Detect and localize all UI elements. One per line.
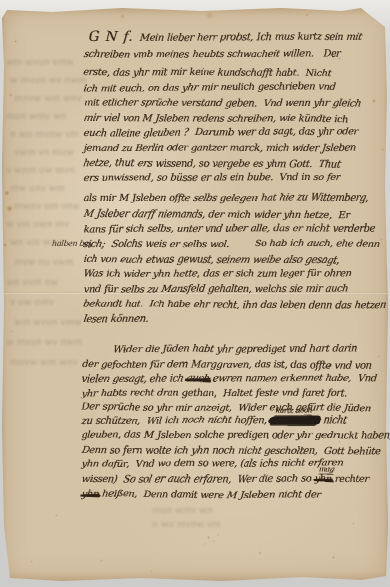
line-text: mir viel von M Jsleben redens schreiben,…	[83, 113, 349, 125]
line-text: Der sprüche so yhr mir anzeigt, Wider eu…	[81, 402, 371, 414]
line-text: zu schützen, Wil ich noch nicht hoffen,	[81, 415, 271, 427]
manuscript-line: jemand zu Berlin oder gantzer marck, mic…	[83, 143, 356, 154]
manuscript-line: hetze, thut ers wissend, so vergebe es y…	[83, 158, 341, 170]
line-text: als mir M Jsleben offte selbs gelegen ha…	[83, 193, 369, 204]
manuscript-line: Wider die Jüden habt yhr geprediget vnd …	[113, 344, 357, 355]
line-text: G N f.	[88, 29, 134, 45]
line-text: yhn dafür, Vnd wo dem so were, (als ichs…	[81, 458, 343, 470]
manuscript-line: G N f. Mein lieber herr probst, Ich mus …	[88, 28, 363, 45]
struck-word: yhn	[81, 489, 99, 500]
line-text: ewren namen erkennet habe, Vnd	[209, 373, 377, 385]
blotted-out-word	[269, 416, 322, 424]
manuscript-line: Denn so fern wolte ich yhn noch nicht ge…	[81, 445, 380, 457]
line-text: hetze, thut ers wissend, so vergebe es y…	[83, 158, 341, 170]
manuscript-line: der gefochten für dem Marggraven, das is…	[81, 359, 372, 371]
manuscript-line: yhn dafür, Vnd wo dem so were, (als ichs…	[81, 458, 343, 470]
line-text: Denn so fern wolte ich yhn noch nicht ge…	[81, 445, 380, 457]
line-text: der gefochten für dem Marggraven, das is…	[81, 359, 372, 371]
manuscript-line: ers unwissend, so büsse er als ein bube.…	[83, 172, 341, 184]
line-text: ich mit euch, on das yhr mir neulich ges…	[83, 82, 335, 94]
manuscript-line: zu schützen, Wil ich noch nicht hoffen, …	[81, 415, 347, 427]
line-text: M Jsleber darff niemands, der mich wider…	[83, 209, 350, 221]
line-text: erste, das yhr mit mir keine kundschafft…	[83, 67, 332, 79]
manuscript-line: kans für sich selbs, unter vnd uber alle…	[83, 223, 375, 235]
manuscript-line: Der sprüche so yhr mir anzeigt, Wider eu…	[81, 402, 371, 414]
line-text: gleuben, das M Jsleben solche predigen o…	[81, 430, 390, 441]
manuscript-line: mit etlicher sprüche verstand geben. Vnd…	[83, 98, 361, 109]
ink-blot: kurtz noch	[270, 415, 321, 426]
struck-word: yhnmag	[314, 474, 332, 485]
line-text: vnd für selbs zu Mansfeld gehalten, welc…	[83, 284, 349, 295]
manuscript-line: ich von euch etwas gewust, seinem weibe …	[83, 254, 340, 266]
line-text: nicht	[320, 415, 348, 426]
manuscript-line: bekandt hat. Ich habe ehr recht, ihn das…	[83, 299, 386, 311]
handwritten-text: halben bey G N f. Mein lieber herr probs…	[0, 0, 390, 587]
line-text: ich von euch etwas gewust, seinem weibe …	[83, 254, 340, 266]
line-text: Mein lieber herr probst, Ich mus kurtz s…	[133, 32, 363, 44]
photo-background: { "scene": { "description": "Photograph …	[0, 0, 390, 587]
line-text: sich; Solchs weis er selbs wol. So hab i…	[83, 239, 380, 250]
manuscript-line: erste, das yhr mit mir keine kundschafft…	[83, 67, 332, 79]
line-text: bekandt hat. Ich habe ehr recht, ihn das…	[83, 299, 386, 311]
inserted-word: kurtz noch	[275, 406, 313, 416]
manuscript-line: yhr habts recht dran gethan, Haltet fest…	[81, 388, 347, 399]
line-text: euch alleine gleuben ? Darumb wer da sag…	[83, 127, 358, 139]
manuscript-line: Was ich wider yhn hette, das er sich zum…	[83, 268, 352, 280]
manuscript-line: wissen) So sol er auch erfaren, Wer die …	[81, 474, 370, 485]
line-text: jemand zu Berlin oder gantzer marck, mic…	[83, 143, 356, 154]
manuscript-line: als mir M Jsleben offte selbs gelegen ha…	[83, 193, 369, 204]
line-text: yhr habts recht dran gethan, Haltet fest…	[81, 388, 347, 399]
line-text: vielen gesagt, ehe ich	[81, 374, 187, 385]
manuscript-line: lesen können.	[83, 314, 149, 325]
manuscript-line: M Jsleber darff niemands, der mich wider…	[83, 209, 350, 221]
line-text: schreiben vmb meines heubts schwacheit w…	[83, 49, 341, 60]
inserted-word: mag	[319, 465, 335, 475]
line-text: heißen, Denn damit were M Jsleben nicht …	[98, 489, 321, 501]
struck-word: auch	[186, 373, 210, 384]
line-text: rechter	[331, 474, 370, 485]
manuscript-line: ich mit euch, on das yhr mir neulich ges…	[83, 82, 335, 94]
line-text: Wider die Jüden habt yhr geprediget vnd …	[113, 344, 357, 355]
line-text: Was ich wider yhn hette, das er sich zum…	[83, 268, 352, 280]
line-text: wissen) So sol er auch erfaren, Wer die …	[81, 474, 315, 485]
manuscript-line: sich; Solchs weis er selbs wol. So hab i…	[83, 239, 380, 250]
manuscript-line: yhn heißen, Denn damit were M Jsleben ni…	[81, 489, 321, 501]
manuscript-line: mir viel von M Jsleben redens schreiben,…	[83, 113, 349, 125]
manuscript-line: euch alleine gleuben ? Darumb wer da sag…	[83, 127, 358, 139]
manuscript-line: gleuben, das M Jsleben solche predigen o…	[81, 430, 390, 441]
line-text: mit etlicher sprüche verstand geben. Vnd…	[83, 98, 361, 109]
manuscript-line: schreiben vmb meines heubts schwacheit w…	[83, 49, 341, 60]
line-text: ers unwissend, so büsse er als ein bube.…	[83, 172, 341, 184]
line-text: lesen können.	[83, 314, 149, 325]
manuscript-line: vielen gesagt, ehe ich auch ewren namen …	[81, 373, 377, 385]
manuscript-line: vnd für selbs zu Mansfeld gehalten, welc…	[83, 284, 349, 295]
line-text: kans für sich selbs, unter vnd uber alle…	[83, 223, 375, 235]
